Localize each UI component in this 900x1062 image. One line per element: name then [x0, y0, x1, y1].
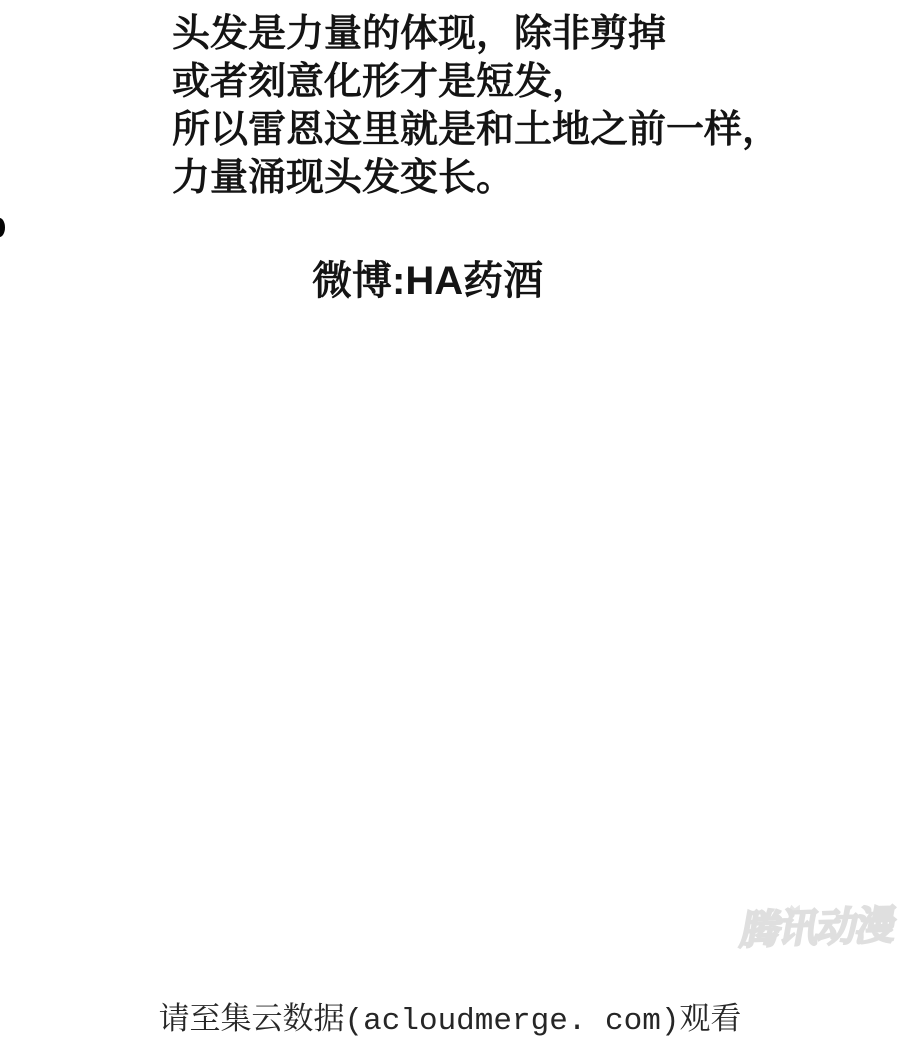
author-note-line-3: 所以雷恩这里就是和土地之前一样，	[172, 106, 780, 154]
author-note-line-1: 头发是力量的体现，除非剪掉	[172, 10, 780, 58]
ink-blob	[0, 218, 5, 237]
site-watermark: 请至集云数据(acloudmerge. com)观看	[0, 1000, 900, 1044]
tencent-comics-watermark: 腾讯动漫	[737, 903, 898, 954]
weibo-credit: 微博:HA药酒	[312, 257, 543, 305]
author-note-line-2: 或者刻意化形才是短发，	[172, 58, 780, 106]
author-note: 头发是力量的体现，除非剪掉 或者刻意化形才是短发， 所以雷恩这里就是和土地之前一…	[172, 10, 780, 202]
author-note-line-4: 力量涌现头发变长。	[172, 154, 780, 202]
comic-page: 头发是力量的体现，除非剪掉 或者刻意化形才是短发， 所以雷恩这里就是和土地之前一…	[0, 0, 900, 1062]
